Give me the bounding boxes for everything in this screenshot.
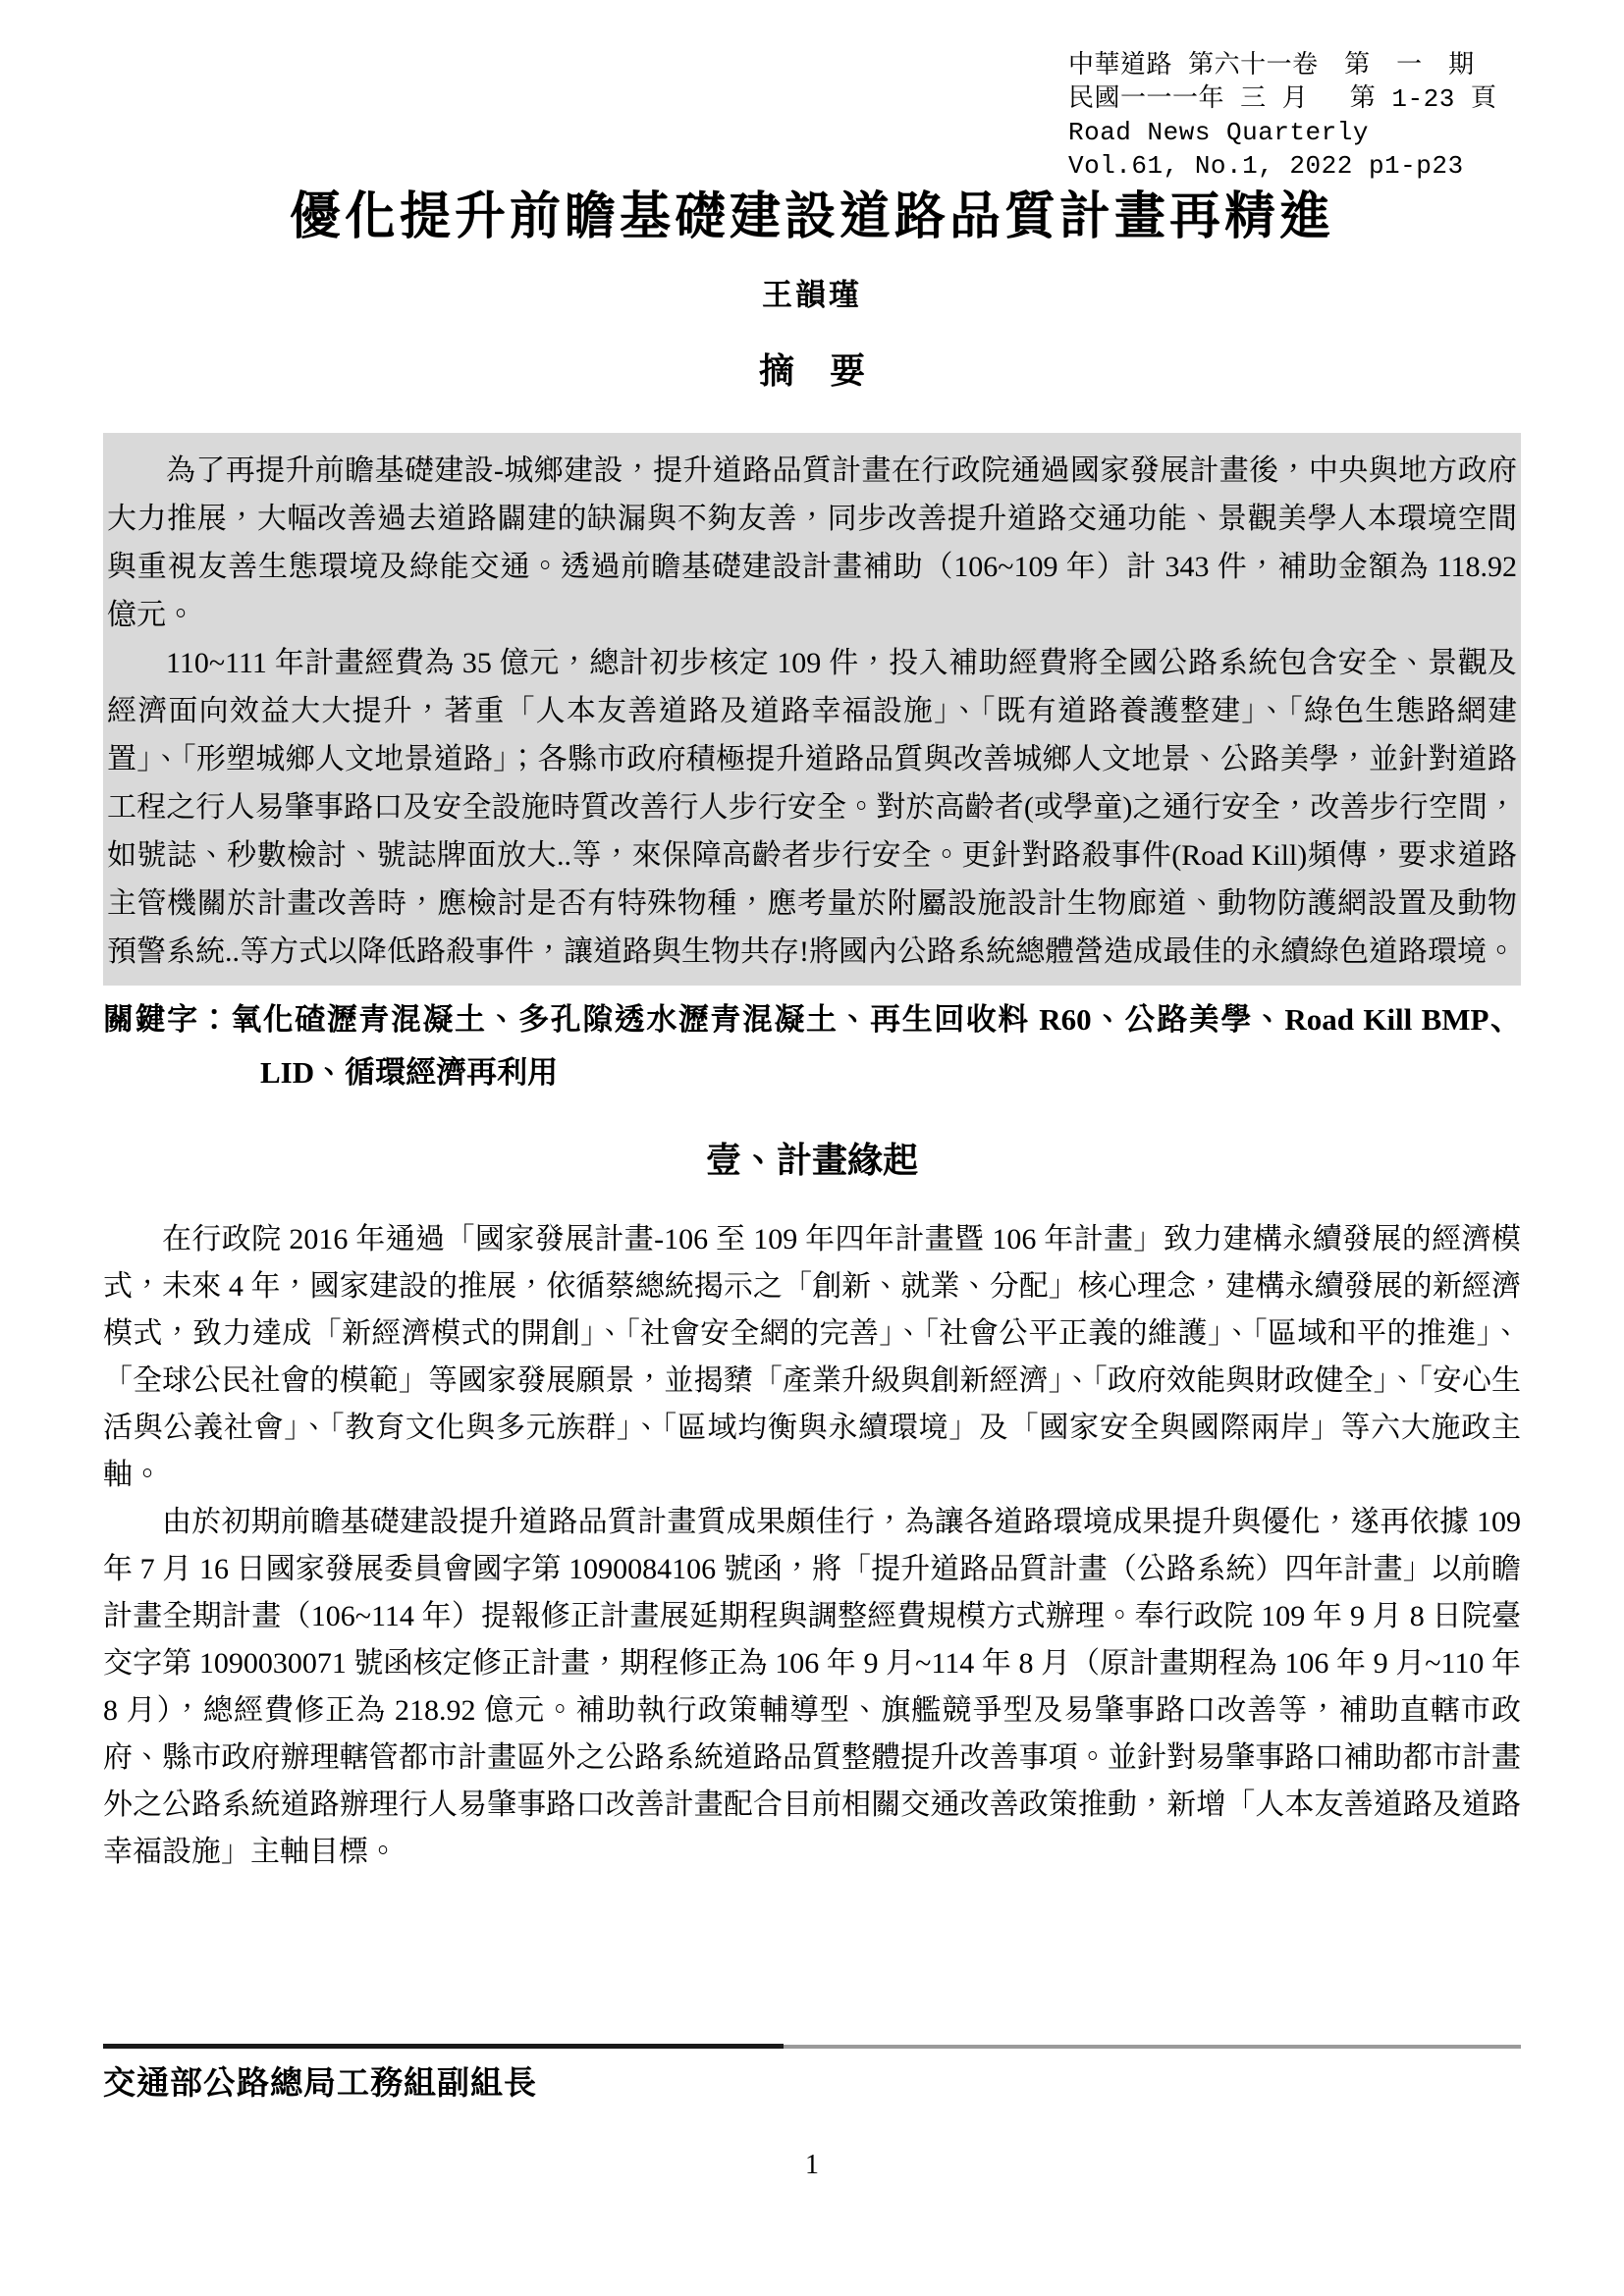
keywords-block: 關鍵字：氧化碴瀝青混凝土、多孔隙透水瀝青混凝土、再生回收料 R60、公路美學、R…: [103, 993, 1521, 1099]
abstract-heading: 摘 要: [103, 344, 1521, 394]
abstract-paragraph-2: 110~111 年計畫經費為 35 億元，總計初步核定 109 件，投入補助經費…: [107, 639, 1517, 976]
keywords-text: 氧化碴瀝青混凝土、多孔隙透水瀝青混凝土、再生回收料 R60、公路美學、Road …: [231, 1002, 1521, 1090]
body-paragraph-2: 由於初期前瞻基礎建設提升道路品質計畫質成果頗佳行，為讓各道路環境成果提升與優化，…: [103, 1499, 1521, 1876]
author-affiliation: 交通部公路總局工務組副組長: [103, 2057, 1521, 2104]
journal-volume-english: Vol.61, No.1, 2022 p1-p23: [1068, 149, 1530, 183]
body-paragraph-1: 在行政院 2016 年通過「國家發展計畫-106 至 109 年四年計畫暨 10…: [103, 1216, 1521, 1499]
article-author: 王韻瑾: [103, 270, 1521, 314]
keywords-label: 關鍵字：: [103, 1002, 231, 1037]
separator-dark-segment: [103, 2044, 784, 2049]
journal-volume-line: 中華道路 第六十一卷 第 一 期: [1068, 49, 1530, 82]
journal-date-line: 民國一一一年 三 月 第 1-23 頁: [1068, 82, 1530, 116]
footnote-separator: [103, 2044, 1521, 2050]
section-body: 在行政院 2016 年通過「國家發展計畫-106 至 109 年四年計畫暨 10…: [103, 1216, 1521, 1876]
separator-light-segment: [784, 2045, 1521, 2049]
section-heading: 壹、計畫緣起: [103, 1133, 1521, 1183]
abstract-section: 為了再提升前瞻基礎建設-城鄉建設，提升道路品質計畫在行政院通過國家發展計畫後，中…: [103, 433, 1521, 986]
page-number: 1: [0, 2150, 1624, 2181]
journal-header: 中華道路 第六十一卷 第 一 期 民國一一一年 三 月 第 1-23 頁 Roa…: [1068, 49, 1530, 183]
journal-name-english: Road News Quarterly: [1068, 116, 1530, 149]
abstract-paragraph-1: 為了再提升前瞻基礎建設-城鄉建設，提升道路品質計畫在行政院通過國家發展計畫後，中…: [107, 447, 1517, 639]
page-footer: 交通部公路總局工務組副組長: [103, 2044, 1521, 2104]
document-page: 中華道路 第六十一卷 第 一 期 民國一一一年 三 月 第 1-23 頁 Roa…: [0, 0, 1624, 2296]
page-content: 優化提升前瞻基礎建設道路品質計畫再精進 王韻瑾 摘 要 為了再提升前瞻基礎建設-…: [0, 0, 1624, 1876]
